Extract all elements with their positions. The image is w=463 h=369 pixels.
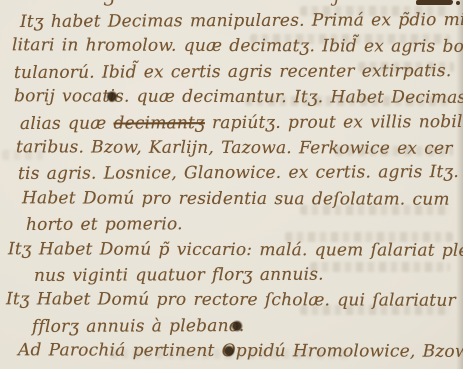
text-segment: borij vocat [14,86,109,106]
text-segment: Itʒ habet Decimas manipulares. Primá ex … [20,10,463,32]
text-segment: nus viginti quatuor florʒ annuis. [34,265,324,286]
struck-through-text: decimantʒ [113,113,204,133]
manuscript-page: ʒ j Itʒ habet Decimas manipulares. Primá… [0,0,463,369]
text-segment: taribus. Bzow, Karlijn, Tazowa. Ferkowic… [16,137,453,159]
manuscript-line: tulanorú. Ibid̃ ex certis agris recenter… [14,59,459,86]
manuscript-line: tis agris. Losnice, Glanowice. ex certis… [18,160,459,187]
text-segment: Habet Domú pro residentia sua deſolatam.… [22,188,450,209]
manuscript-text: Itʒ habet Decimas manipulares. Primá ex … [6,9,459,365]
cutoff-stroke-fragment [416,0,453,5]
text-segment: rapiútʒ. prout ex villis nobili [205,112,463,133]
text-segment: tulanorú. Ibid̃ ex certis agris recenter… [14,61,451,83]
manuscript-line: litari in hromolow. quæ decimatʒ. Ibid̃ … [12,34,459,61]
text-segment: ppidú Hromolowice, Bzow. [236,341,463,362]
manuscript-line: nus viginti quatuor florʒ annuis. [34,262,459,289]
text-segment: alias quæ [20,113,114,133]
cutoff-letter-fragment: ʒ [104,0,114,7]
manuscript-line: borij vocatis. quæ decimantur. Itʒ. Habe… [14,84,459,111]
manuscript-line: Ad Parochiá pertinent Oppidú Hromolowice… [18,339,459,366]
text-segment: Ad Parochiá pertinent [18,341,222,362]
cutoff-ink-dot [456,1,460,5]
ink-blotted-text: i [109,87,115,107]
text-segment: horto et pomerio. [26,215,183,236]
manuscript-line: alias quæ decimantʒ rapiútʒ. prout ex vi… [20,110,459,137]
text-segment: litari in hromolow. quæ decimatʒ. Ibid̃ … [12,36,463,58]
cutoff-letter-fragment: j [334,0,340,7]
manuscript-line: fflorʒ annuis à plebano. [32,313,459,340]
manuscript-line: taribus. Bzow, Karlijn, Tazowa. Ferkowic… [16,135,459,162]
ink-blotted-text: o. [229,316,245,336]
manuscript-line: Itʒ Habet Domú pro rectore ſcholæ. qui ſ… [6,288,459,315]
text-segment: fflorʒ annuis à pleban [32,316,229,337]
text-segment: Itʒ Habet Domú p̃ viccario: malá. quem ſ… [8,239,463,261]
ink-blotted-text: O [222,341,236,361]
manuscript-line: horto et pomerio. [26,211,459,238]
manuscript-line: Itʒ Habet Domú p̃ viccario: malá. quem ſ… [8,237,459,264]
text-segment: Itʒ Habet Domú pro rectore ſcholæ. qui ſ… [6,290,463,312]
text-segment: s. quæ decimantur. Itʒ. Habet Decimas [115,87,463,108]
text-segment: tis agris. Losnice, Glanowice. ex certis… [18,162,459,184]
manuscript-line: Habet Domú pro residentia sua deſolatam.… [22,186,459,213]
manuscript-line: Itʒ habet Decimas manipulares. Primá ex … [20,8,459,35]
